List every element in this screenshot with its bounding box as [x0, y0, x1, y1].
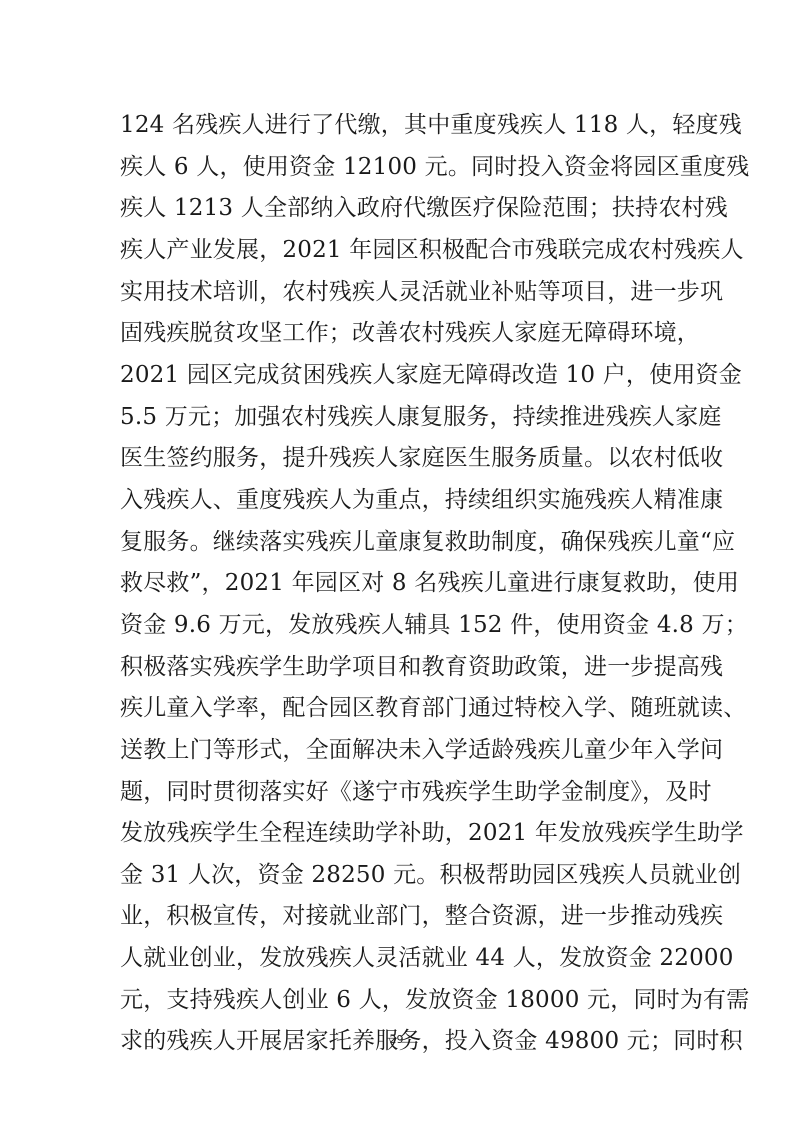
text-line: 人就业创业，发放残疾人灵活就业 44 人，发放资金 22000: [120, 938, 674, 980]
text-line: 题，同时贯彻落实好《遂宁市残疾学生助学金制度》，及时: [120, 772, 674, 814]
body-paragraph: 124 名残疾人进行了代缴，其中重度残疾人 118 人，轻度残 疾人 6 人，使…: [120, 105, 674, 1063]
text-line: 救尽救”，2021 年园区对 8 名残疾儿童进行康复救助，使用: [120, 563, 674, 605]
text-line: 固残疾脱贫攻坚工作；改善农村残疾人家庭无障碍环境，: [120, 313, 674, 355]
page-number: 29: [0, 1033, 793, 1046]
text-line: 疾人 6 人，使用资金 12100 元。同时投入资金将园区重度残: [120, 147, 674, 189]
text-line: 疾人产业发展，2021 年园区积极配合市残联完成农村残疾人: [120, 230, 674, 272]
text-line: 医生签约服务，提升残疾人家庭医生服务质量。以农村低收: [120, 438, 674, 480]
text-line: 5.5 万元；加强农村残疾人康复服务，持续推进残疾人家庭: [120, 397, 674, 439]
text-line: 发放残疾学生全程连续助学补助，2021 年发放残疾学生助学: [120, 813, 674, 855]
text-line: 送教上门等形式，全面解决未入学适龄残疾儿童少年入学问: [120, 730, 674, 772]
text-line: 124 名残疾人进行了代缴，其中重度残疾人 118 人，轻度残: [120, 105, 674, 147]
text-line: 资金 9.6 万元，发放残疾人辅具 152 件，使用资金 4.8 万；: [120, 605, 674, 647]
text-line: 元，支持残疾人创业 6 人，发放资金 18000 元，同时为有需: [120, 980, 674, 1022]
text-line: 疾人 1213 人全部纳入政府代缴医疗保险范围；扶持农村残: [120, 188, 674, 230]
text-line: 2021 园区完成贫困残疾人家庭无障碍改造 10 户，使用资金: [120, 355, 674, 397]
text-line: 积极落实残疾学生助学项目和教育资助政策，进一步提高残: [120, 647, 674, 689]
document-page: 124 名残疾人进行了代缴，其中重度残疾人 118 人，轻度残 疾人 6 人，使…: [0, 0, 793, 1122]
text-line: 实用技术培训，农村残疾人灵活就业补贴等项目，进一步巩: [120, 272, 674, 314]
text-line: 业，积极宣传，对接就业部门，整合资源，进一步推动残疾: [120, 896, 674, 938]
text-line: 入残疾人、重度残疾人为重点，持续组织实施残疾人精准康: [120, 480, 674, 522]
text-line: 金 31 人次，资金 28250 元。积极帮助园区残疾人员就业创: [120, 855, 674, 897]
text-line: 疾儿童入学率，配合园区教育部门通过特校入学、随班就读、: [120, 688, 674, 730]
text-line: 复服务。继续落实残疾儿童康复救助制度，确保残疾儿童“应: [120, 522, 674, 564]
